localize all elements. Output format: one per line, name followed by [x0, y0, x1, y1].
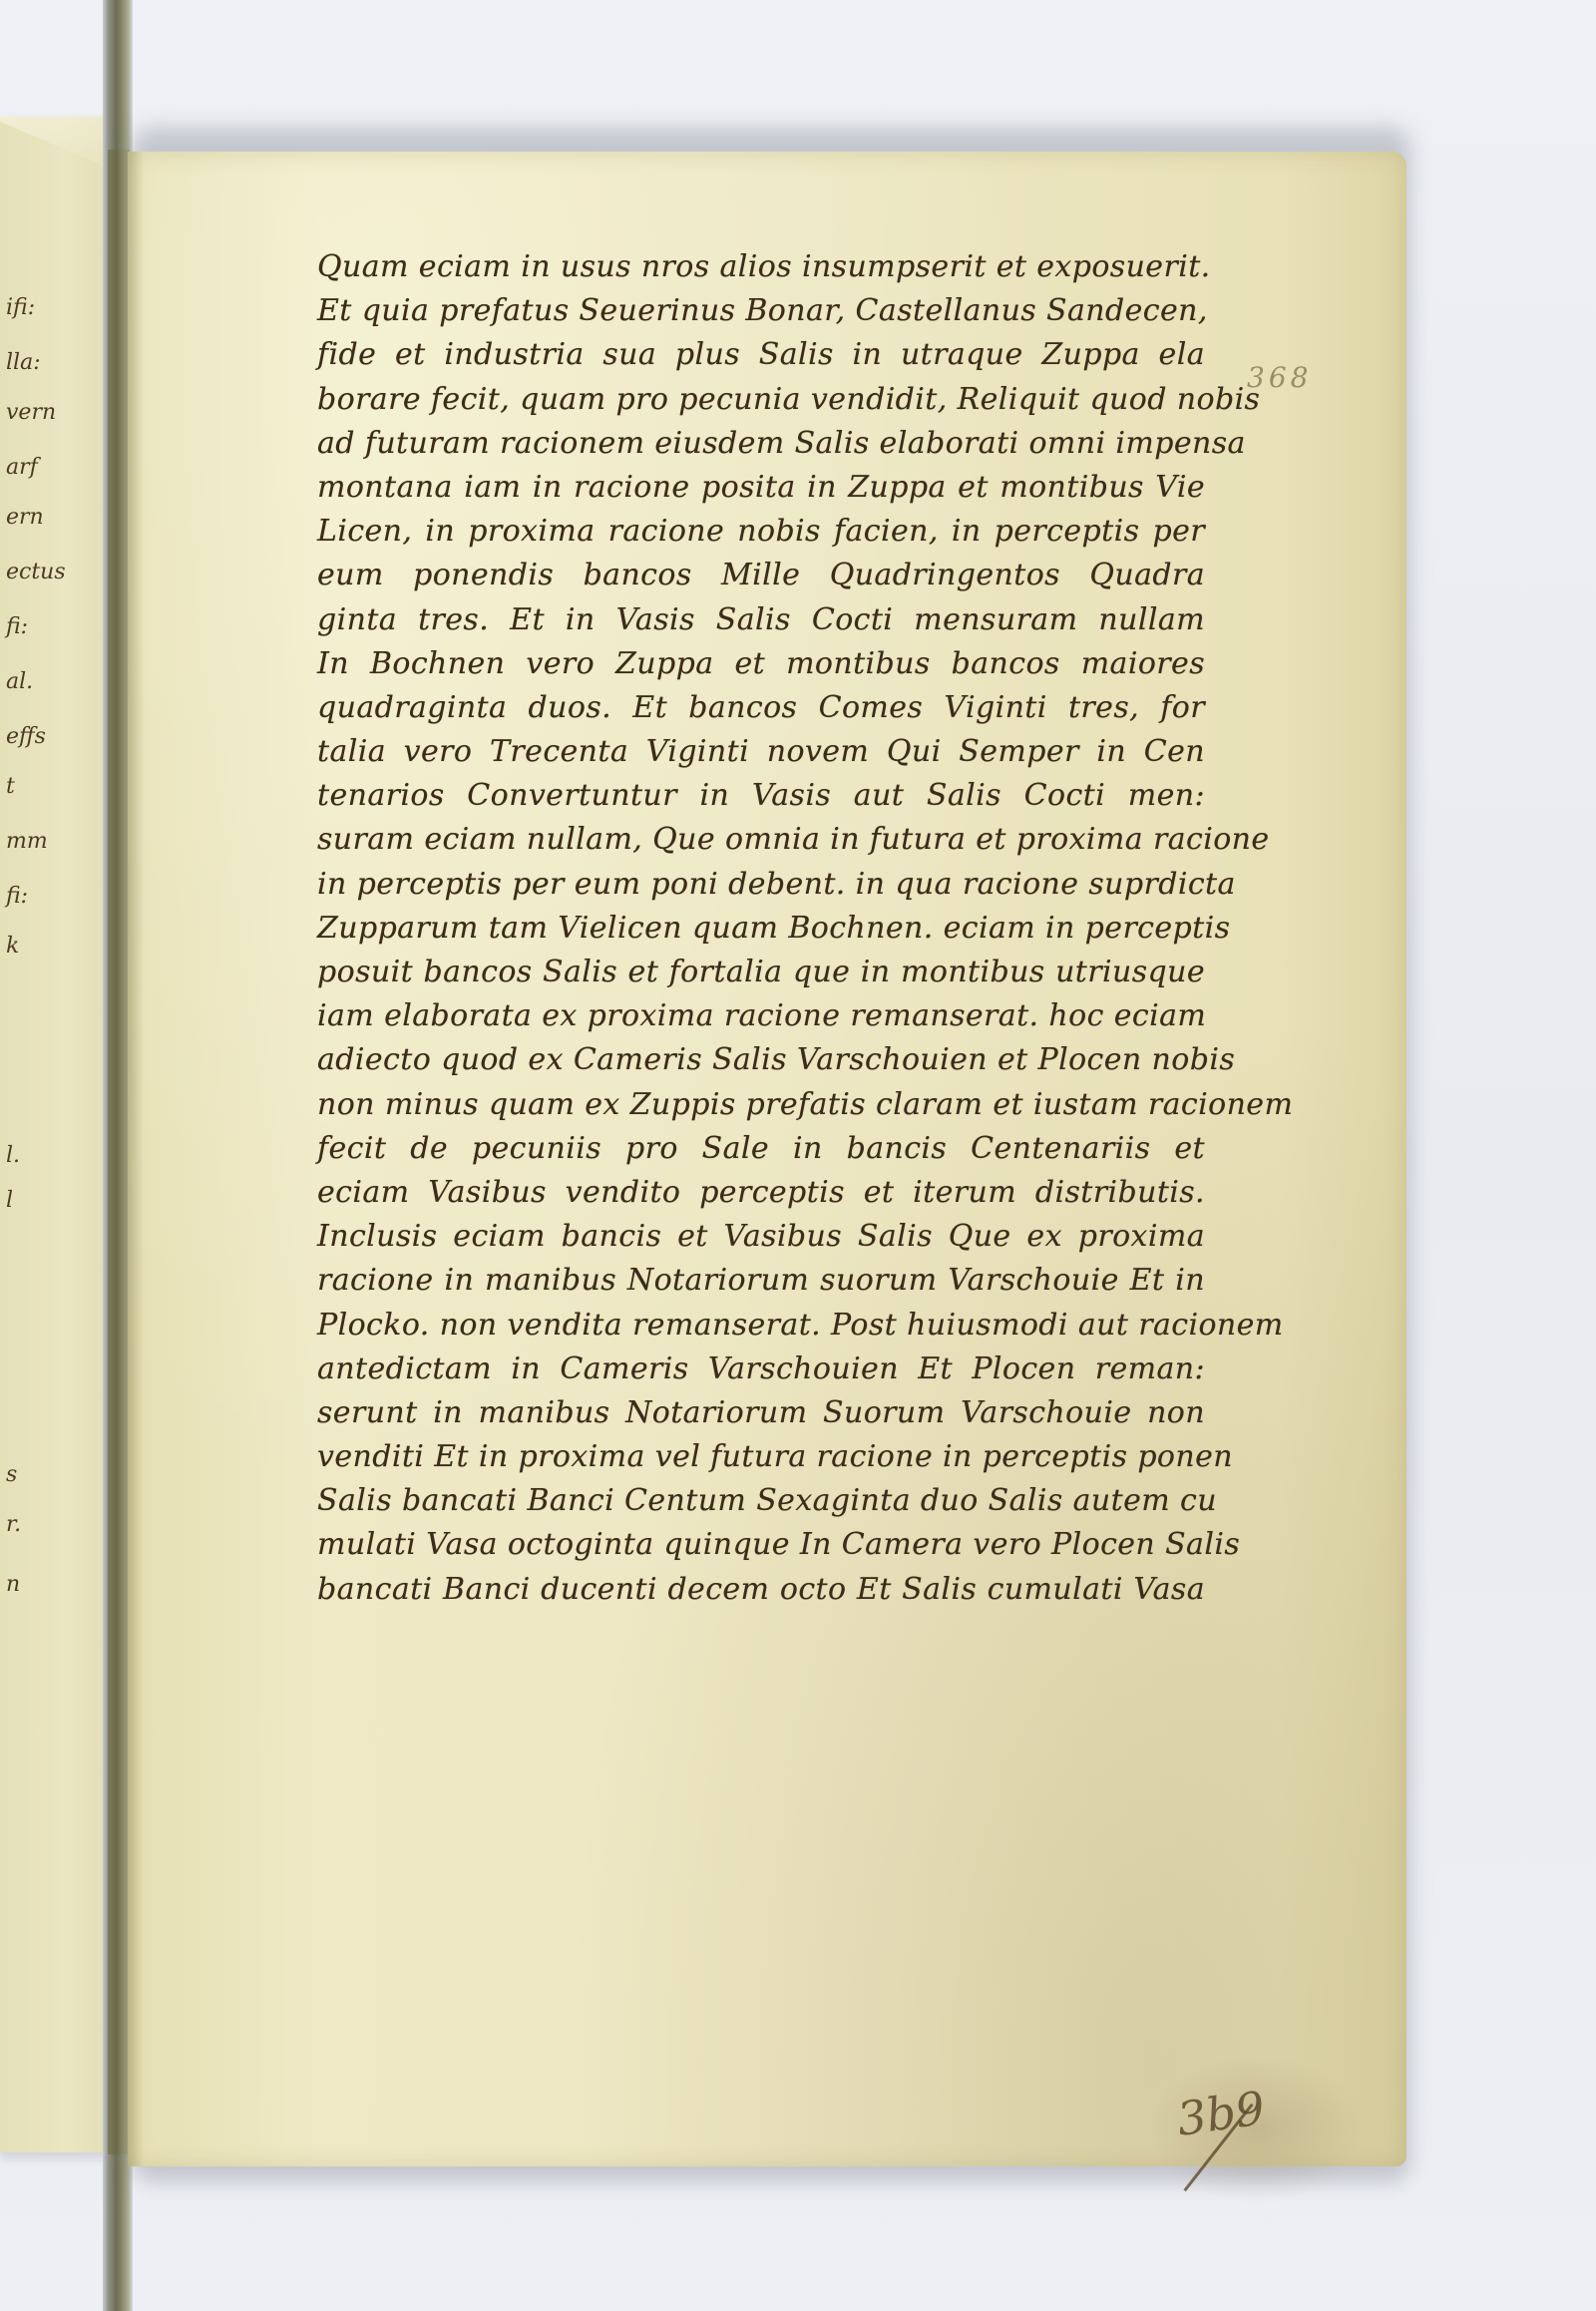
- text-line: quadraginta duos. Et bancos Comes Vigint…: [317, 686, 1205, 730]
- left-facing-page: ifi:lla:vernarfernectusfi:al.effstmmfi:k…: [0, 118, 112, 2152]
- text-line: bancati Banci ducenti decem octo Et Sali…: [317, 1568, 1205, 1612]
- text-line: montana iam in racione posita in Zuppa e…: [317, 466, 1205, 510]
- margin-fragment: n: [6, 1574, 20, 1596]
- text-line: ad futuram racionem eiusdem Salis elabor…: [317, 422, 1205, 466]
- text-line: eciam Vasibus vendito perceptis et iteru…: [317, 1171, 1205, 1215]
- text-line: serunt in manibus Notariorum Suorum Vars…: [317, 1391, 1205, 1435]
- margin-fragment: fi:: [6, 886, 28, 908]
- text-line: fecit de pecuniis pro Sale in bancis Cen…: [317, 1127, 1205, 1171]
- text-line: Inclusis eciam bancis et Vasibus Salis Q…: [317, 1215, 1205, 1259]
- page-edge: [128, 152, 144, 2166]
- text-line: Et quia prefatus Seuerinus Bonar, Castel…: [317, 289, 1205, 333]
- text-line: iam elaborata ex proxima racione remanse…: [317, 994, 1205, 1038]
- text-line: mulati Vasa octoginta quinque In Camera …: [317, 1523, 1205, 1567]
- text-line: borare fecit, quam pro pecunia vendidit,…: [317, 378, 1205, 422]
- margin-fragment: l.: [6, 1145, 20, 1167]
- text-line: adiecto quod ex Cameris Salis Varschouie…: [317, 1038, 1205, 1082]
- text-line: tenarios Convertuntur in Vasis aut Salis…: [317, 774, 1205, 818]
- text-line: antedictam in Cameris Varschouien Et Plo…: [317, 1348, 1205, 1391]
- text-line: Plocko. non vendita remanserat. Post hui…: [317, 1304, 1205, 1348]
- text-line: Salis bancati Banci Centum Sexaginta duo…: [317, 1479, 1205, 1523]
- margin-fragment: mm: [6, 831, 48, 853]
- margin-fragment: ifi:: [6, 297, 35, 319]
- text-line: talia vero Trecenta Viginti novem Qui Se…: [317, 730, 1205, 774]
- text-line: venditi Et in proxima vel futura racione…: [317, 1435, 1205, 1479]
- page-corner-fold: [0, 116, 112, 176]
- margin-fragment: vern: [6, 402, 56, 424]
- spine-shadow: [108, 150, 130, 2154]
- text-line: In Bochnen vero Zuppa et montibus bancos…: [317, 642, 1205, 686]
- margin-fragment: s: [6, 1464, 17, 1486]
- text-line: Zupparum tam Vielicen quam Bochnen. ecia…: [317, 907, 1205, 951]
- margin-fragment: effs: [6, 726, 46, 748]
- text-line: fide et industria sua plus Salis in utra…: [317, 333, 1205, 377]
- margin-fragment: ern: [6, 507, 44, 529]
- text-line: posuit bancos Salis et fortalia que in m…: [317, 951, 1205, 994]
- margin-fragment: fi:: [6, 616, 28, 638]
- text-line: non minus quam ex Zuppis prefatis claram…: [317, 1083, 1205, 1127]
- manuscript-text-block: Quam eciam in usus nros alios insumpseri…: [317, 245, 1205, 1612]
- margin-fragment: al.: [6, 671, 33, 693]
- text-line: eum ponendis bancos Mille Quadringentos …: [317, 554, 1205, 597]
- margin-fragment: t: [6, 776, 15, 798]
- margin-fragment: l: [6, 1190, 13, 1212]
- margin-fragment: arf: [6, 457, 38, 479]
- margin-fragment: k: [6, 936, 19, 958]
- text-line: Quam eciam in usus nros alios insumpseri…: [317, 245, 1205, 289]
- text-line: suram eciam nullam, Que omnia in futura …: [317, 818, 1205, 862]
- margin-fragment: r.: [6, 1514, 21, 1536]
- text-line: in perceptis per eum poni debent. in qua…: [317, 863, 1205, 907]
- margin-fragment: lla:: [6, 352, 41, 374]
- text-line: Licen, in proxima racione nobis facien, …: [317, 510, 1205, 554]
- margin-fragment: ectus: [6, 562, 66, 583]
- text-line: ginta tres. Et in Vasis Salis Cocti mens…: [317, 598, 1205, 642]
- text-line: racione in manibus Notariorum suorum Var…: [317, 1259, 1205, 1303]
